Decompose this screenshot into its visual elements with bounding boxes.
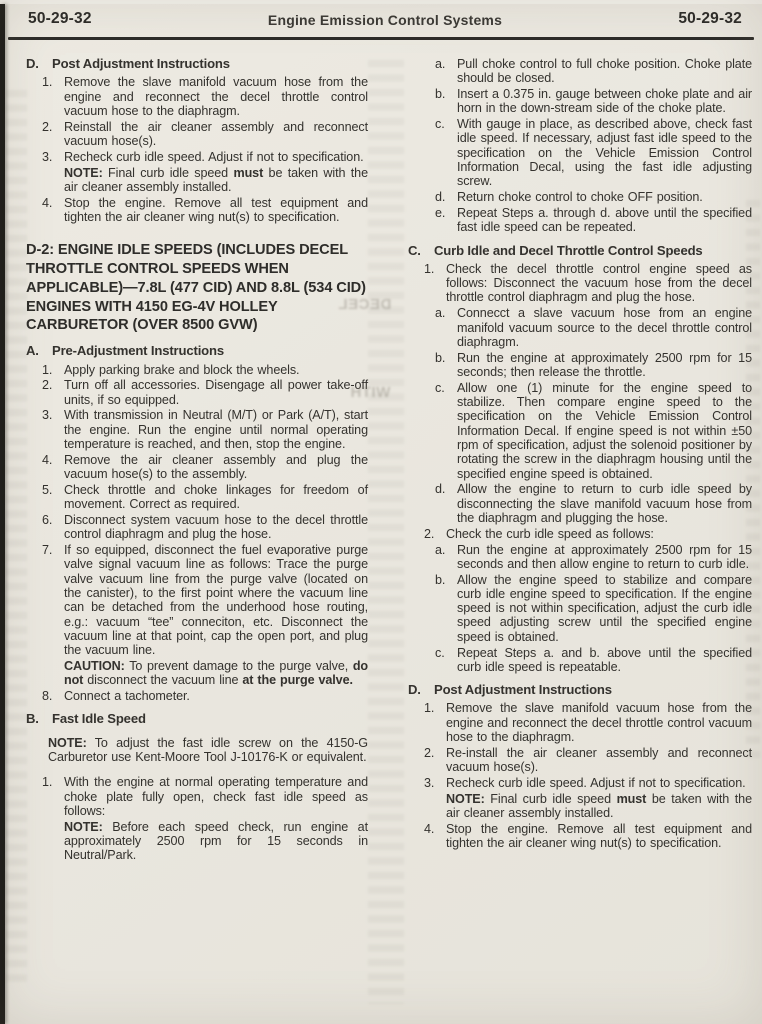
item-marker: 1. [424,701,446,715]
page-body: D. Post Adjustment Instructions 1. Remov… [26,57,752,1018]
text-block: 8. Connect a tachometer. [26,689,368,703]
item-text: Recheck curb idle speed. Adjust if not t… [446,776,752,790]
item-text: Stop the engine. Remove all test equipme… [64,196,368,225]
text-block: B. Fast Idle Speed [26,712,368,726]
text-block: 2. Re-install the air cleaner assembly a… [408,746,752,775]
text-block: 4. Remove the air cleaner assembly and p… [26,453,368,482]
text-block: D. Post Adjustment Instructions [408,683,752,697]
item-marker: d. [435,190,457,204]
item-text: Remove the slave manifold vacuum hose fr… [64,75,368,118]
item-text: Allow the engine speed to stabilize and … [457,573,752,644]
text-block: 3. Recheck curb idle speed. Adjust if no… [26,150,368,164]
item-text: Post Adjustment Instructions [434,683,752,697]
item-text: CAUTION: To prevent damage to the purge … [64,659,368,688]
text-block: b. Allow the engine speed to stabilize a… [408,573,752,644]
text-block: c. Allow one (1) minute for the engine s… [408,381,752,481]
item-text: D-2: ENGINE IDLE SPEEDS (INCLUDES DECEL … [26,241,368,335]
item-marker: B. [26,712,52,726]
text-block: A. Pre-Adjustment Instructions [26,344,368,358]
item-text: Check throttle and choke linkages for fr… [64,483,368,512]
scan-top-edge [0,0,762,4]
text-block: e. Repeat Steps a. through d. above unti… [408,206,752,235]
header-rule [8,37,754,40]
text-block: d. Return choke control to choke OFF pos… [408,190,752,204]
item-text: With gauge in place, as described above,… [457,117,752,188]
page-header: 50-29-32 Engine Emission Control Systems… [28,10,742,34]
item-marker: a. [435,306,457,320]
item-marker: 1. [42,75,64,89]
text-block: 5. Check throttle and choke linkages for… [26,483,368,512]
text-block: 7. If so equipped, disconnect the fuel e… [26,543,368,657]
text-block: 3. With transmission in Neutral (M/T) or… [26,408,368,451]
text-block: NOTE: Before each speed check, run engin… [26,820,368,863]
item-text: Connecct a slave vacuum hose from an eng… [457,306,752,349]
item-text: Recheck curb idle speed. Adjust if not t… [64,150,368,164]
item-marker: b. [435,351,457,365]
item-marker: b. [435,87,457,101]
item-text: Return choke control to choke OFF positi… [457,190,752,204]
item-text: Re-install the air cleaner assembly and … [446,746,752,775]
item-marker: a. [435,543,457,557]
item-marker: D. [408,683,434,697]
text-block: C. Curb Idle and Decel Throttle Control … [408,244,752,258]
text-block: 1. With the engine at normal operating t… [26,775,368,818]
item-marker: c. [435,381,457,395]
text-block: D-2: ENGINE IDLE SPEEDS (INCLUDES DECEL … [26,241,368,335]
item-text: Remove the slave manifold vacuum hose fr… [446,701,752,744]
text-block: 2. Check the curb idle speed as follows: [408,527,752,541]
item-text: Repeat Steps a. through d. above until t… [457,206,752,235]
text-block: a. Connecct a slave vacuum hose from an … [408,306,752,349]
text-block: b. Insert a 0.375 in. gauge between chok… [408,87,752,116]
item-text: Run the engine at approximately 2500 rpm… [457,543,752,572]
text-block: NOTE: To adjust the fast idle screw on t… [26,736,368,765]
right-column: a. Pull choke control to full choke posi… [408,57,752,1018]
item-marker: A. [26,344,52,358]
text-block: NOTE: Final curb idle speed must be take… [408,792,752,821]
item-marker: 3. [42,150,64,164]
item-marker: 4. [42,196,64,210]
item-marker: e. [435,206,457,220]
page-title: Engine Emission Control Systems [28,12,742,28]
item-text: Run the engine at approximately 2500 rpm… [457,351,752,380]
item-marker: 2. [424,746,446,760]
item-marker: b. [435,573,457,587]
item-marker: a. [435,57,457,71]
item-text: Disconnect system vacuum hose to the dec… [64,513,368,542]
text-block: a. Pull choke control to full choke posi… [408,57,752,86]
text-block: 1. Remove the slave manifold vacuum hose… [26,75,368,118]
item-text: Connect a tachometer. [64,689,368,703]
item-text: If so equipped, disconnect the fuel evap… [64,543,368,657]
item-text: With the engine at normal operating temp… [64,775,368,818]
item-text: Fast Idle Speed [52,712,368,726]
item-text: NOTE: Before each speed check, run engin… [64,820,368,863]
text-block: 4. Stop the engine. Remove all test equi… [408,822,752,851]
item-marker: 1. [42,775,64,789]
item-marker: d. [435,482,457,496]
item-text: Pull choke control to full choke positio… [457,57,752,86]
item-text: Insert a 0.375 in. gauge between choke p… [457,87,752,116]
text-block: a. Run the engine at approximately 2500 … [408,543,752,572]
bleed-through-smudge [5,90,27,984]
item-marker: 3. [424,776,446,790]
item-marker: 4. [42,453,64,467]
text-block: c. With gauge in place, as described abo… [408,117,752,188]
item-marker: 7. [42,543,64,557]
text-block: D. Post Adjustment Instructions [26,57,368,71]
item-text: Allow one (1) minute for the engine spee… [457,381,752,481]
text-block: 2. Reinstall the air cleaner assembly an… [26,120,368,149]
scanned-manual-page: 50-29-32 Engine Emission Control Systems… [0,0,762,1024]
item-text: Allow the engine to return to curb idle … [457,482,752,525]
item-text: Remove the air cleaner assembly and plug… [64,453,368,482]
item-text: Check the curb idle speed as follows: [446,527,752,541]
item-marker: 5. [42,483,64,497]
text-block: b. Run the engine at approximately 2500 … [408,351,752,380]
text-block: 6. Disconnect system vacuum hose to the … [26,513,368,542]
text-block: d. Allow the engine to return to curb id… [408,482,752,525]
item-marker: 2. [424,527,446,541]
item-text: With transmission in Neutral (M/T) or Pa… [64,408,368,451]
text-block: c. Repeat Steps a. and b. above until th… [408,646,752,675]
text-block: 1. Remove the slave manifold vacuum hose… [408,701,752,744]
item-marker: 3. [42,408,64,422]
text-block: 1. Apply parking brake and block the whe… [26,363,368,377]
item-marker: c. [435,117,457,131]
item-text: NOTE: To adjust the fast idle screw on t… [48,736,368,765]
item-marker: 4. [424,822,446,836]
item-marker: c. [435,646,457,660]
item-marker: 8. [42,689,64,703]
item-text: Stop the engine. Remove all test equipme… [446,822,752,851]
text-block: 4. Stop the engine. Remove all test equi… [26,196,368,225]
item-text: Repeat Steps a. and b. above until the s… [457,646,752,675]
text-block: 3. Recheck curb idle speed. Adjust if no… [408,776,752,790]
scan-gutter-edge [0,4,5,1024]
item-text: Pre-Adjustment Instructions [52,344,368,358]
item-text: Turn off all accessories. Disengage all … [64,378,368,407]
text-block: NOTE: Final curb idle speed must be take… [26,166,368,195]
item-text: Reinstall the air cleaner assembly and r… [64,120,368,149]
item-text: Check the decel throttle control engine … [446,262,752,305]
item-text: NOTE: Final curb idle speed must be take… [64,166,368,195]
text-block: 1. Check the decel throttle control engi… [408,262,752,305]
left-column: D. Post Adjustment Instructions 1. Remov… [26,57,368,1018]
page-number-right: 50-29-32 [678,10,742,28]
item-marker: C. [408,244,434,258]
item-text: Apply parking brake and block the wheels… [64,363,368,377]
item-marker: 6. [42,513,64,527]
text-block: CAUTION: To prevent damage to the purge … [26,659,368,688]
item-marker: 1. [42,363,64,377]
item-marker: D. [26,57,52,71]
item-text: NOTE: Final curb idle speed must be take… [446,792,752,821]
item-marker: 1. [424,262,446,276]
item-text: Curb Idle and Decel Throttle Control Spe… [434,244,752,258]
item-text: Post Adjustment Instructions [52,57,368,71]
item-marker: 2. [42,378,64,392]
item-marker: 2. [42,120,64,134]
text-block: 2. Turn off all accessories. Disengage a… [26,378,368,407]
